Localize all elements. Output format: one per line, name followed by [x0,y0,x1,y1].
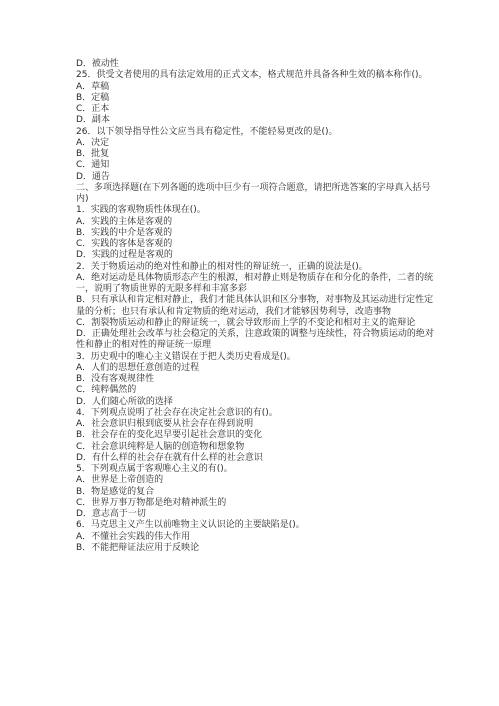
question-m1: 1．实践的客观物质性体现在()。 [76,205,428,216]
option-d-q25: D．副本 [76,115,428,126]
option-a-m3: A．人们的思想任意创造的过程 [76,363,428,374]
question-25: 25．供受文者使用的具有法定效用的正式文本，格式规范并具备各种生效的稿本称作()… [76,70,428,81]
question-m3: 3．历史观中的唯心主义错误在于把人类历史看成是()。 [76,352,428,363]
option-b-m1: B．实践的中介是客观的 [76,228,428,239]
option-d-m2-continued: 性和静止的相对性的辩证统一原理 [76,340,428,351]
option-a-m5: A．世界是上帝创造的 [76,475,428,486]
option-c-m5: C．世界万事万物都是绝对精神派生的 [76,498,428,509]
option-c-m1: C．实践的客体是客观的 [76,239,428,250]
question-26: 26．以下领导指导性公文应当具有稳定性，不能轻易更改的是()。 [76,127,428,138]
option-c-m2: C．割裂物质运动和静止的辩证统一，就会导致形而上学的不变论和相对主义的诡辩论 [76,318,428,329]
option-a-m6: A．不懂社会实践的伟大作用 [76,532,428,543]
option-b-m2-continued: 量的分析；也只有承认和肯定物质的绝对运动，我们才能够因势利导，改造事物 [76,307,428,318]
option-d-m4: D．有什么样的社会存在就有什么样的社会意识 [76,453,428,464]
section-heading-continued: 内) [76,194,428,205]
option-d-m1: D．实践的过程是客观的 [76,250,428,261]
option-a-m2: A．绝对运动是具体物质形态产生的根源，相对静止则是物质存在和分化的条件，二者的统 [76,273,428,284]
question-m6: 6．马克思主义产生以前唯物主义认识论的主要缺陷是()。 [76,520,428,531]
question-m5: 5．下列观点属于客观唯心主义的有()。 [76,464,428,475]
option-b-m3: B．没有客观规律性 [76,374,428,385]
option-b-m5: B．物是感觉的复合 [76,487,428,498]
option-c-q25: C．正本 [76,104,428,115]
option-a-m2-continued: 一，说明了物质世界的无限多样和丰富多彩 [76,284,428,295]
option-a-m4: A．社会意识归根到底要从社会存在得到说明 [76,419,428,430]
option-c-q26: C．通知 [76,160,428,171]
option-c-m4: C．社会意识纯粹是人脑的创造物和想象物 [76,442,428,453]
option-d-m3: D．人们随心所欲的选择 [76,397,428,408]
option-b-m6: B．不能把辩证法应用于反映论 [76,543,428,554]
option-a-q26: A．决定 [76,138,428,149]
question-m4: 4．下列观点说明了社会存在决定社会意识的有()。 [76,408,428,419]
option-b-m4: B．社会存在的变化迟早要引起社会意识的变化 [76,430,428,441]
question-m2: 2．关于物质运动的绝对性和静止的相对性的辩证统一，正确的说法是()。 [76,262,428,273]
section-heading-multiple-choice: 二、多项选择题(在下列各题的选项中巨少有一项符合题意，请把所选答案的字母真入括号 [76,183,428,194]
option-a-q25: A．草稿 [76,82,428,93]
document-page: D．被动性 25．供受文者使用的具有法定效用的正式文本，格式规范并具备各种生效的… [76,59,428,554]
option-b-q25: B．定稿 [76,93,428,104]
option-d-m5: D．意志高于一切 [76,509,428,520]
option-d-m2: D．正确处理社会改革与社会稳定的关系，注意政策的调整与连续性，符合物质运动的绝对 [76,329,428,340]
option-d-q26: D．通告 [76,172,428,183]
option-b-m2: B．只有承认和肯定相对静止，我们才能具体认识和区分事物，对事物及其运动进行定性定 [76,295,428,306]
option-d-q24: D．被动性 [76,59,428,70]
option-c-m3: C．纯粹偶然的 [76,385,428,396]
option-b-q26: B．批复 [76,149,428,160]
option-a-m1: A．实践的主体是客观的 [76,217,428,228]
